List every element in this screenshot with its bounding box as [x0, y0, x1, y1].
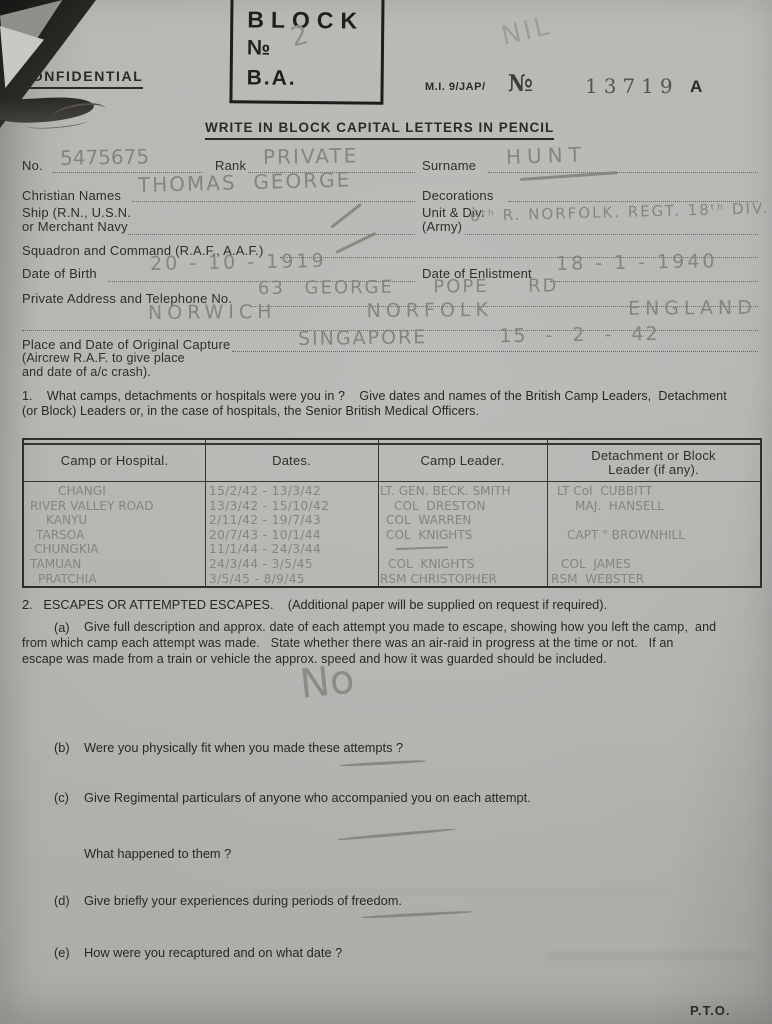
camp-cell: CHANGI — [24, 484, 205, 499]
table-header-dates: Dates. — [205, 453, 378, 468]
camp-cell: KANYU — [24, 513, 205, 528]
block-stamp-ba: B.A. — [247, 66, 297, 91]
question1-text-line1: 1. What camps, detachments or hospitals … — [22, 389, 727, 403]
table-header-leader: Camp Leader. — [378, 453, 547, 468]
question1-text-line2: (or Block) Leaders or, in the case of ho… — [22, 404, 479, 418]
leader-cell: LT. GEN. BECK. SMITH — [378, 484, 547, 499]
field-ship-label-line2: or Merchant Navy — [22, 219, 128, 234]
field-christian-names-value: THOMAS GEORGE — [138, 167, 352, 197]
question2e-text: How were you recaptured and on what date… — [84, 945, 342, 960]
detachment-cell: RSM WEBSTER — [547, 572, 760, 587]
dates-column: 15/2/42 - 13/3/42 13/3/42 - 15/10/42 2/1… — [205, 484, 378, 586]
detachment-cell: MAJ. HANSELL — [547, 499, 760, 514]
pencil-dash-b — [340, 760, 426, 767]
dates-cell: 15/2/42 - 13/3/42 — [205, 484, 378, 499]
camp-cell: TAMUAN — [24, 557, 205, 572]
table-header-detachment-line2: Leader (if any). — [547, 462, 760, 477]
leader-line-surname — [488, 172, 758, 173]
block-stamp-box: BLOCK № 2 B.A. — [229, 0, 384, 105]
leader-cell: COL KNIGHTS — [378, 557, 547, 572]
mi9-number-stamp: 13719 — [585, 74, 679, 98]
question2d-text: Give briefly your experiences during per… — [84, 893, 402, 908]
field-rank-value: PRIVATE — [263, 143, 359, 169]
mi9-no-symbol: № — [508, 70, 533, 97]
leader-line-christian — [132, 201, 415, 202]
field-dob-label: Date of Birth — [22, 266, 97, 281]
question2b-text: Were you physically fit when you made th… — [84, 740, 403, 755]
dates-cell: 3/5/45 - 8/9/45 — [205, 572, 378, 587]
field-no-label: No. — [22, 158, 43, 173]
question2c-label: (c) — [54, 790, 69, 805]
pencil-nil-note: NIL — [499, 11, 555, 52]
mi9-suffix: A — [690, 77, 702, 97]
field-address-value-line2: NORWICH NORFOLK ENGLAND — [148, 297, 757, 324]
dates-cell: 24/3/44 - 3/5/45 — [205, 557, 378, 572]
detachment-cell — [547, 542, 760, 557]
what-happened-text: What happened to them ? — [84, 846, 231, 861]
detachment-cell: CAPT " BROWNHILL — [547, 528, 760, 543]
block-stamp-no-symbol: № — [247, 36, 271, 60]
dates-cell: 13/3/42 - 15/10/42 — [205, 499, 378, 514]
field-surname-value: HUNT — [506, 142, 588, 169]
field-ship-label-line1: Ship (R.N., U.S.N. — [22, 205, 131, 220]
field-surname-label: Surname — [422, 158, 476, 173]
field-capture-label-line3: and date of a/c crash). — [22, 365, 151, 379]
question2a-label: (a) — [54, 620, 70, 635]
detachment-cell: COL JAMES — [547, 557, 760, 572]
field-capture-label-line1: Place and Date of Original Capture — [22, 337, 230, 352]
field-unit-value: 6ᵗʰ R. NORFOLK. REGT. 18ᵗʰ DIV. — [470, 199, 770, 225]
field-capture-value: SINGAPORE 15 - 2 - 42 — [298, 323, 660, 350]
question2a-text-line1: Give full description and approx. date o… — [84, 620, 716, 634]
table-header-bottom-rule — [24, 481, 760, 482]
field-capture-label-line2: (Aircrew R.A.F. to give place — [22, 351, 185, 365]
question2a-text-line2: from which camp each attempt was made. S… — [22, 636, 673, 650]
pencil-slash-squadron — [335, 232, 376, 254]
field-address-value-line1: 63 GEORGE POPE RD — [258, 275, 559, 299]
leader-cell: COL WARREN — [378, 513, 547, 528]
mi9-reference-label: M.I. 9/JAP/ — [425, 81, 486, 93]
pencil-slash-ship — [330, 203, 361, 228]
camp-cell: PRATCHIA — [24, 572, 205, 587]
camp-cell: TARSOA — [24, 528, 205, 543]
question2e-label: (e) — [54, 945, 70, 960]
dates-cell: 2/11/42 - 19/7/43 — [205, 513, 378, 528]
leader-line-unit — [465, 234, 758, 235]
detachment-cell — [547, 513, 760, 528]
question2b-label: (b) — [54, 740, 70, 755]
field-decorations-label: Decorations — [422, 188, 494, 203]
pencil-dash-d — [362, 910, 472, 918]
leader-cell: COL DRESTON — [378, 499, 547, 514]
question2-title: 2. ESCAPES OR ATTEMPTED ESCAPES. (Additi… — [22, 597, 607, 612]
question2d-label: (d) — [54, 893, 70, 908]
field-no-value: 5475675 — [60, 144, 149, 170]
table-header-detachment-line1: Detachment or Block — [547, 448, 760, 463]
confidential-stamp: CONFIDENTIAL — [20, 68, 143, 89]
question2c-text: Give Regimental particulars of anyone wh… — [84, 790, 531, 805]
detachment-column: LT Col CUBBITT MAJ. HANSELL CAPT " BROWN… — [547, 484, 760, 586]
answer-no-handwritten: No — [298, 656, 357, 707]
leader-cell: COL KNIGHTS — [378, 528, 547, 543]
table-header-camp: Camp or Hospital. — [24, 453, 205, 468]
leader-column: LT. GEN. BECK. SMITH COL DRESTON COL WAR… — [378, 484, 547, 586]
detachment-cell: LT Col CUBBITT — [547, 484, 760, 499]
ghost-bleed-streak — [545, 952, 755, 960]
field-enlistment-value: 18 - 1 - 1940 — [556, 250, 718, 275]
leader-line-capture — [232, 351, 758, 352]
camp-cell: CHUNGKIA — [24, 542, 205, 557]
field-unit-label-line2: (Army) — [422, 219, 462, 234]
camps-table: Camp or Hospital. Dates. Camp Leader. De… — [22, 438, 762, 588]
pto-label: P.T.O. — [690, 1003, 730, 1018]
leader-cell: RSM CHRISTOPHER — [378, 572, 547, 587]
dates-cell: 11/1/44 - 24/3/44 — [205, 542, 378, 557]
pencil-stroke-c — [338, 828, 456, 841]
dates-cell: 20/7/43 - 10/1/44 — [205, 528, 378, 543]
field-dob-value: 20 - 10 - 1919 — [150, 250, 327, 275]
ghost-bleed-streak-2 — [250, 888, 670, 895]
table-inner-top-rule — [24, 443, 760, 445]
camp-cell: RIVER VALLEY ROAD — [24, 499, 205, 514]
pow-debrief-form-scan: CONFIDENTIAL BLOCK № 2 B.A. M.I. 9/JAP/ … — [0, 0, 772, 1024]
camp-column: CHANGI RIVER VALLEY ROAD KANYU TARSOA CH… — [24, 484, 205, 586]
instruction-heading: WRITE IN BLOCK CAPITAL LETTERS IN PENCIL — [205, 120, 554, 140]
field-christian-names-label: Christian Names — [22, 188, 121, 203]
leader-line-enlistment — [550, 281, 758, 282]
